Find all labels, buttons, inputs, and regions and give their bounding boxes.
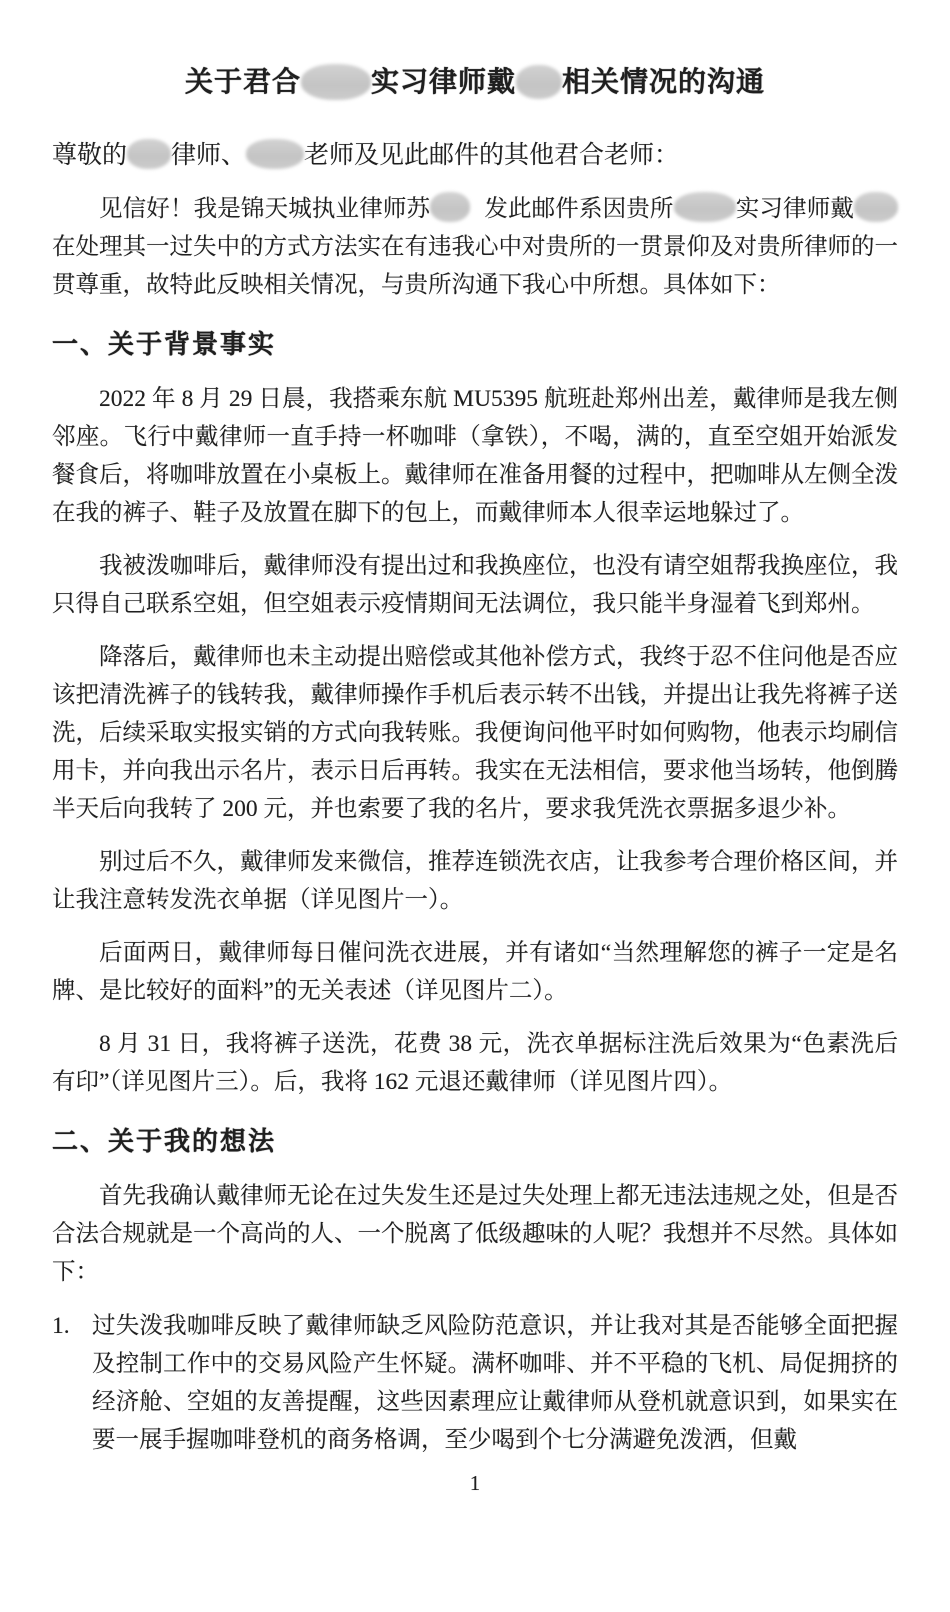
redaction-blur: [516, 65, 562, 99]
salutation-line: 尊敬的律师、老师及见此邮件的其他君合老师：: [52, 137, 898, 175]
document-title: 关于君合实习律师戴相关情况的沟通: [52, 0, 898, 104]
para-followup-days: 后面两日，戴律师每日催问洗衣进展，并有诸如“当然理解您的裤子一定是名牌、是比较好…: [52, 934, 898, 1010]
redaction-blur: [301, 64, 371, 100]
para-flight-incident: 2022 年 8 月 29 日晨，我搭乘东航 MU5395 航班赴郑州出差，戴律…: [52, 380, 898, 532]
section2-heading: 二、关于我的想法: [52, 1122, 898, 1162]
numbered-list-item-1: 1. 过失泼我咖啡反映了戴律师缺乏风险防范意识，并让我对其是否能够全面把握及控制…: [52, 1307, 898, 1459]
para-my-thoughts-intro: 首先我确认戴律师无论在过失发生还是过失处理上都无违法违规之处，但是否合法合规就是…: [52, 1177, 898, 1291]
para-after-landing: 降落后，戴律师也未主动提出赔偿或其他补偿方式，我终于忍不住问他是否应该把清洗裤子…: [52, 638, 898, 828]
section1-heading: 一、关于背景事实: [52, 325, 898, 365]
redaction-blur: [854, 192, 898, 222]
para-laundry-refund: 8 月 31 日，我将裤子送洗，花费 38 元，洗衣单据标注洗后效果为“色素洗后…: [52, 1025, 898, 1101]
list-item-text: 过失泼我咖啡反映了戴律师缺乏风险防范意识，并让我对其是否能够全面把握及控制工作中…: [92, 1307, 898, 1459]
title-text-1: 关于君合: [185, 67, 301, 98]
intro-text-4: 在处理其一过失中的方式方法实在有违我心中对贵所的一贯景仰及对贵所律师的一贯尊重，…: [52, 234, 898, 298]
title-text-3: 相关情况的沟通: [562, 67, 765, 98]
list-item-marker: 1.: [52, 1307, 92, 1459]
salutation-text-1: 尊敬的: [52, 142, 127, 169]
intro-text-2: 发此邮件系因贵所: [484, 196, 673, 222]
intro-text-3: 实习律师戴: [736, 196, 854, 222]
redaction-blur: [246, 139, 304, 169]
salutation-text-3: 老师及见此邮件的其他君合老师：: [304, 142, 679, 169]
redaction-blur: [127, 139, 171, 169]
intro-paragraph: 见信好！我是锦天城执业律师苏发此邮件系因贵所实习律师戴在处理其一过失中的方式方法…: [52, 190, 898, 304]
para-wechat-laundry: 别过后不久，戴律师发来微信，推荐连锁洗衣店，让我参考合理价格区间，并让我注意转发…: [52, 843, 898, 919]
salutation-text-2: 律师、: [171, 142, 246, 169]
intro-text-1: 见信好！我是锦天城执业律师苏: [99, 196, 430, 222]
scanned-letter-page: 关于君合实习律师戴相关情况的沟通 尊敬的律师、老师及见此邮件的其他君合老师： 见…: [0, 0, 950, 1612]
redaction-blur: [674, 192, 736, 222]
title-text-2: 实习律师戴: [371, 67, 516, 98]
redaction-blur: [430, 192, 470, 222]
para-no-seat-change: 我被泼咖啡后，戴律师没有提出过和我换座位，也没有请空姐帮我换座位，我只得自己联系…: [52, 547, 898, 623]
page-number: 1: [52, 1468, 898, 1498]
